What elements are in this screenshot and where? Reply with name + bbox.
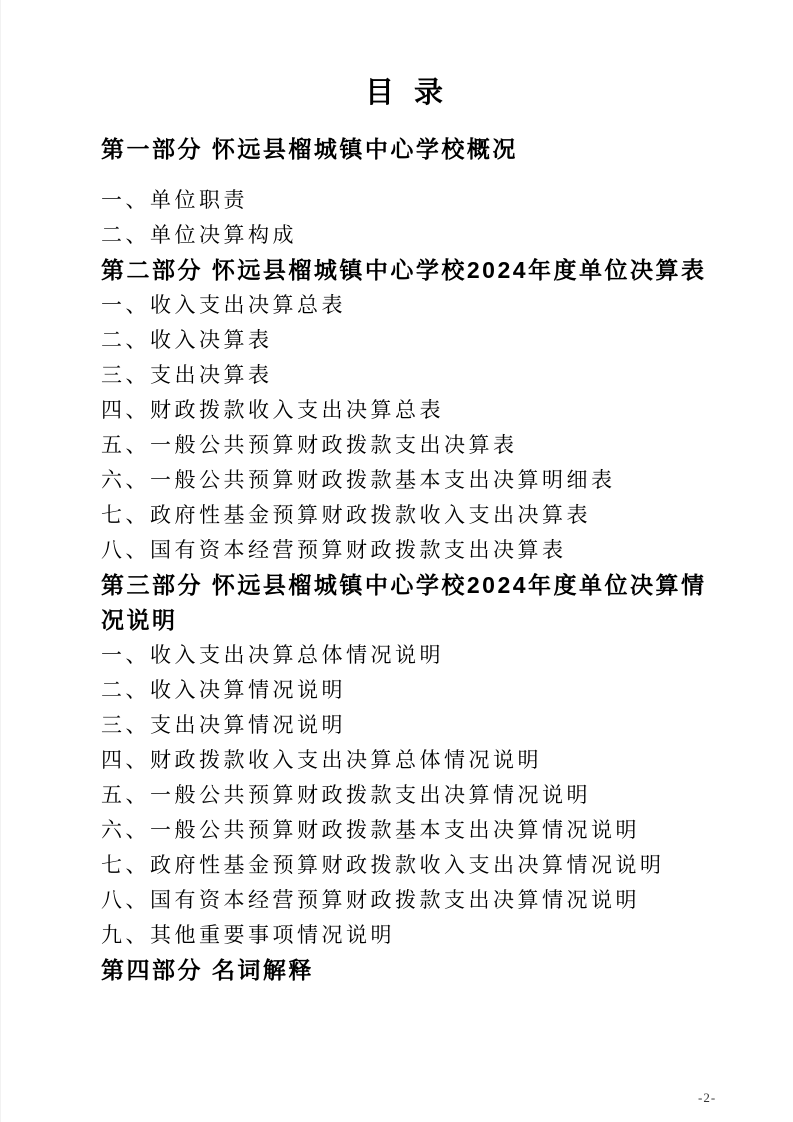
- toc-item: 五、一般公共预算财政拨款支出决算表: [101, 428, 713, 463]
- toc-item: 二、收入决算表: [101, 323, 713, 358]
- page-title: 目 录: [101, 74, 713, 112]
- part1-heading: 第一部分 怀远县榴城镇中心学校概况: [101, 132, 713, 167]
- toc-item: 八、国有资本经营预算财政拨款支出决算表: [101, 533, 713, 568]
- toc-item: 一、收入支出决算总表: [101, 288, 713, 323]
- toc-item: 九、其他重要事项情况说明: [101, 918, 713, 953]
- toc-item: 二、收入决算情况说明: [101, 673, 713, 708]
- part4-heading: 第四部分 名词解释: [101, 953, 713, 988]
- part2-items: 一、收入支出决算总表 二、收入决算表 三、支出决算表 四、财政拨款收入支出决算总…: [101, 288, 713, 568]
- part1-items: 一、单位职责 二、单位决算构成: [101, 183, 713, 253]
- table-of-contents: 第一部分 怀远县榴城镇中心学校概况 一、单位职责 二、单位决算构成 第二部分 怀…: [101, 132, 713, 988]
- toc-item: 七、政府性基金预算财政拨款收入支出决算情况说明: [101, 848, 713, 883]
- toc-item: 四、财政拨款收入支出决算总体情况说明: [101, 743, 713, 778]
- page-number: -2-: [698, 1090, 716, 1106]
- toc-item: 六、一般公共预算财政拨款基本支出决算明细表: [101, 463, 713, 498]
- toc-item: 四、财政拨款收入支出决算总表: [101, 393, 713, 428]
- toc-section-part1: 第一部分 怀远县榴城镇中心学校概况 一、单位职责 二、单位决算构成: [101, 132, 713, 253]
- toc-item: 一、收入支出决算总体情况说明: [101, 638, 713, 673]
- toc-item: 六、一般公共预算财政拨款基本支出决算情况说明: [101, 813, 713, 848]
- part3-items: 一、收入支出决算总体情况说明 二、收入决算情况说明 三、支出决算情况说明 四、财…: [101, 638, 713, 953]
- document-page: 目 录 第一部分 怀远县榴城镇中心学校概况 一、单位职责 二、单位决算构成 第二…: [0, 0, 793, 1122]
- toc-item: 八、国有资本经营预算财政拨款支出决算情况说明: [101, 883, 713, 918]
- toc-section-part2: 第二部分 怀远县榴城镇中心学校2024年度单位决算表 一、收入支出决算总表 二、…: [101, 253, 713, 568]
- toc-item: 七、政府性基金预算财政拨款收入支出决算表: [101, 498, 713, 533]
- toc-section-part3: 第三部分 怀远县榴城镇中心学校2024年度单位决算情况说明 一、收入支出决算总体…: [101, 568, 713, 953]
- part3-heading: 第三部分 怀远县榴城镇中心学校2024年度单位决算情况说明: [101, 568, 713, 638]
- toc-item: 一、单位职责: [101, 183, 713, 218]
- toc-section-part4: 第四部分 名词解释: [101, 953, 713, 988]
- toc-item: 三、支出决算表: [101, 358, 713, 393]
- part2-heading: 第二部分 怀远县榴城镇中心学校2024年度单位决算表: [101, 253, 713, 288]
- toc-item: 五、一般公共预算财政拨款支出决算情况说明: [101, 778, 713, 813]
- toc-item: 三、支出决算情况说明: [101, 708, 713, 743]
- toc-item: 二、单位决算构成: [101, 218, 713, 253]
